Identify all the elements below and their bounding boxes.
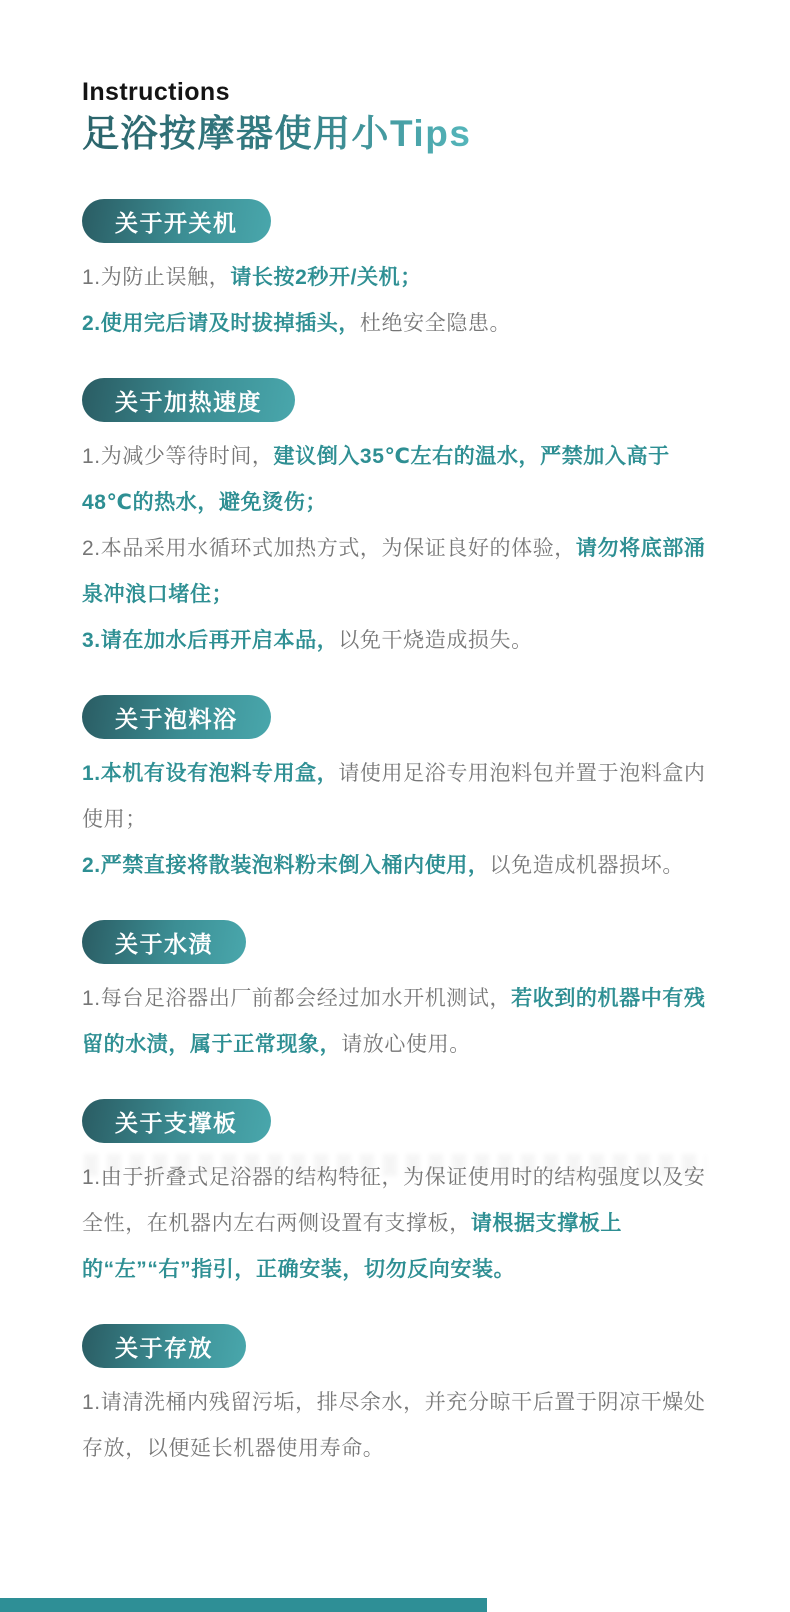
tip-paragraph: 1.由于折叠式足浴器的结构特征，为保证使用时的结构强度以及安全性，在机器内左右两…: [82, 1155, 712, 1293]
highlighted-text: 3.请在加水后再开启本品，: [82, 629, 338, 652]
section-badge-label: 关于开关机: [115, 205, 238, 238]
section-storage: 关于存放 1.请清洗桶内残留污垢，排尽余水，并充分晾干后置于阴凉干燥处存放，以便…: [82, 1324, 712, 1472]
section-badge-label: 关于加热速度: [115, 384, 262, 417]
section-badge-support-board: 关于支撑板: [82, 1099, 271, 1143]
section-badge-water-stain: 关于水渍: [82, 920, 246, 964]
tip-paragraph: 2.严禁直接将散装泡料粉末倒入桶内使用，以免造成机器损坏。: [82, 843, 712, 889]
section-water-stain: 关于水渍 1.每台足浴器出厂前都会经过加水开机测试，若收到的机器中有残留的水渍，…: [82, 920, 712, 1068]
tip-paragraph: 2.使用完后请及时拔掉插头，杜绝安全隐患。: [82, 301, 712, 347]
body-text: 以免造成机器损坏。: [490, 854, 684, 877]
section-badge-power-switch: 关于开关机: [82, 199, 271, 243]
section-support-board: 关于支撑板 1.由于折叠式足浴器的结构特征，为保证使用时的结构强度以及安全性，在…: [82, 1099, 712, 1293]
section-badge-storage: 关于存放: [82, 1324, 246, 1368]
body-text: 1.请清洗桶内残留污垢，排尽余水，并充分晾干后置于阴凉干燥处存放，以便延长机器使…: [82, 1391, 706, 1460]
tip-paragraph: 1.请清洗桶内残留污垢，排尽余水，并充分晾干后置于阴凉干燥处存放，以便延长机器使…: [82, 1380, 712, 1472]
highlighted-text: 1.本机有设有泡料专用盒，: [82, 762, 338, 785]
tip-paragraph: 3.请在加水后再开启本品，以免干烧造成损失。: [82, 618, 712, 664]
body-text: 1.每台足浴器出厂前都会经过加水开机测试，: [82, 987, 511, 1010]
tip-paragraph: 1.为防止误触，请长按2秒开/关机；: [82, 255, 712, 301]
section-badge-label: 关于支撑板: [115, 1105, 238, 1138]
section-badge-label: 关于水渍: [115, 926, 213, 959]
tip-paragraph: 2.本品采用水循环式加热方式，为保证良好的体验，请勿将底部涌泉冲浪口堵住；: [82, 526, 712, 618]
tip-paragraph: 1.为减少等待时间，建议倒入35℃左右的温水，严禁加入高于48℃的热水，避免烫伤…: [82, 434, 712, 526]
section-bath-material: 关于泡料浴 1.本机有设有泡料专用盒，请使用足浴专用泡料包并置于泡料盒内使用； …: [82, 695, 712, 889]
highlighted-text: 请长按2秒开/关机；: [230, 266, 422, 289]
eyebrow-heading: Instructions: [82, 78, 712, 107]
page-title: 足浴按摩器使用小Tips: [82, 111, 471, 157]
section-badge-heating-speed: 关于加热速度: [82, 378, 295, 422]
tips-section-list: 关于开关机 1.为防止误触，请长按2秒开/关机； 2.使用完后请及时拔掉插头，杜…: [82, 199, 712, 1472]
section-badge-label: 关于存放: [115, 1330, 213, 1363]
body-text: 以免干烧造成损失。: [338, 629, 532, 652]
body-text: 1.为减少等待时间，: [82, 445, 274, 468]
highlighted-text: 2.严禁直接将散装泡料粉末倒入桶内使用，: [82, 854, 490, 877]
tip-paragraph: 1.本机有设有泡料专用盒，请使用足浴专用泡料包并置于泡料盒内使用；: [82, 751, 712, 843]
section-badge-bath-material: 关于泡料浴: [82, 695, 271, 739]
body-text: 1.为防止误触，: [82, 266, 230, 289]
body-text: 请放心使用。: [341, 1033, 471, 1056]
section-power-switch: 关于开关机 1.为防止误触，请长按2秒开/关机； 2.使用完后请及时拔掉插头，杜…: [82, 199, 712, 347]
footer-accent-bar: [0, 1598, 487, 1612]
body-text: 杜绝安全隐患。: [360, 312, 511, 335]
section-heating-speed: 关于加热速度 1.为减少等待时间，建议倒入35℃左右的温水，严禁加入高于48℃的…: [82, 378, 712, 664]
highlighted-text: 2.使用完后请及时拔掉插头，: [82, 312, 360, 335]
section-badge-label: 关于泡料浴: [115, 701, 238, 734]
tip-paragraph: 1.每台足浴器出厂前都会经过加水开机测试，若收到的机器中有残留的水渍，属于正常现…: [82, 976, 712, 1068]
body-text: 2.本品采用水循环式加热方式，为保证良好的体验，: [82, 537, 576, 560]
instruction-page: Instructions 足浴按摩器使用小Tips 关于开关机 1.为防止误触，…: [0, 0, 790, 1612]
